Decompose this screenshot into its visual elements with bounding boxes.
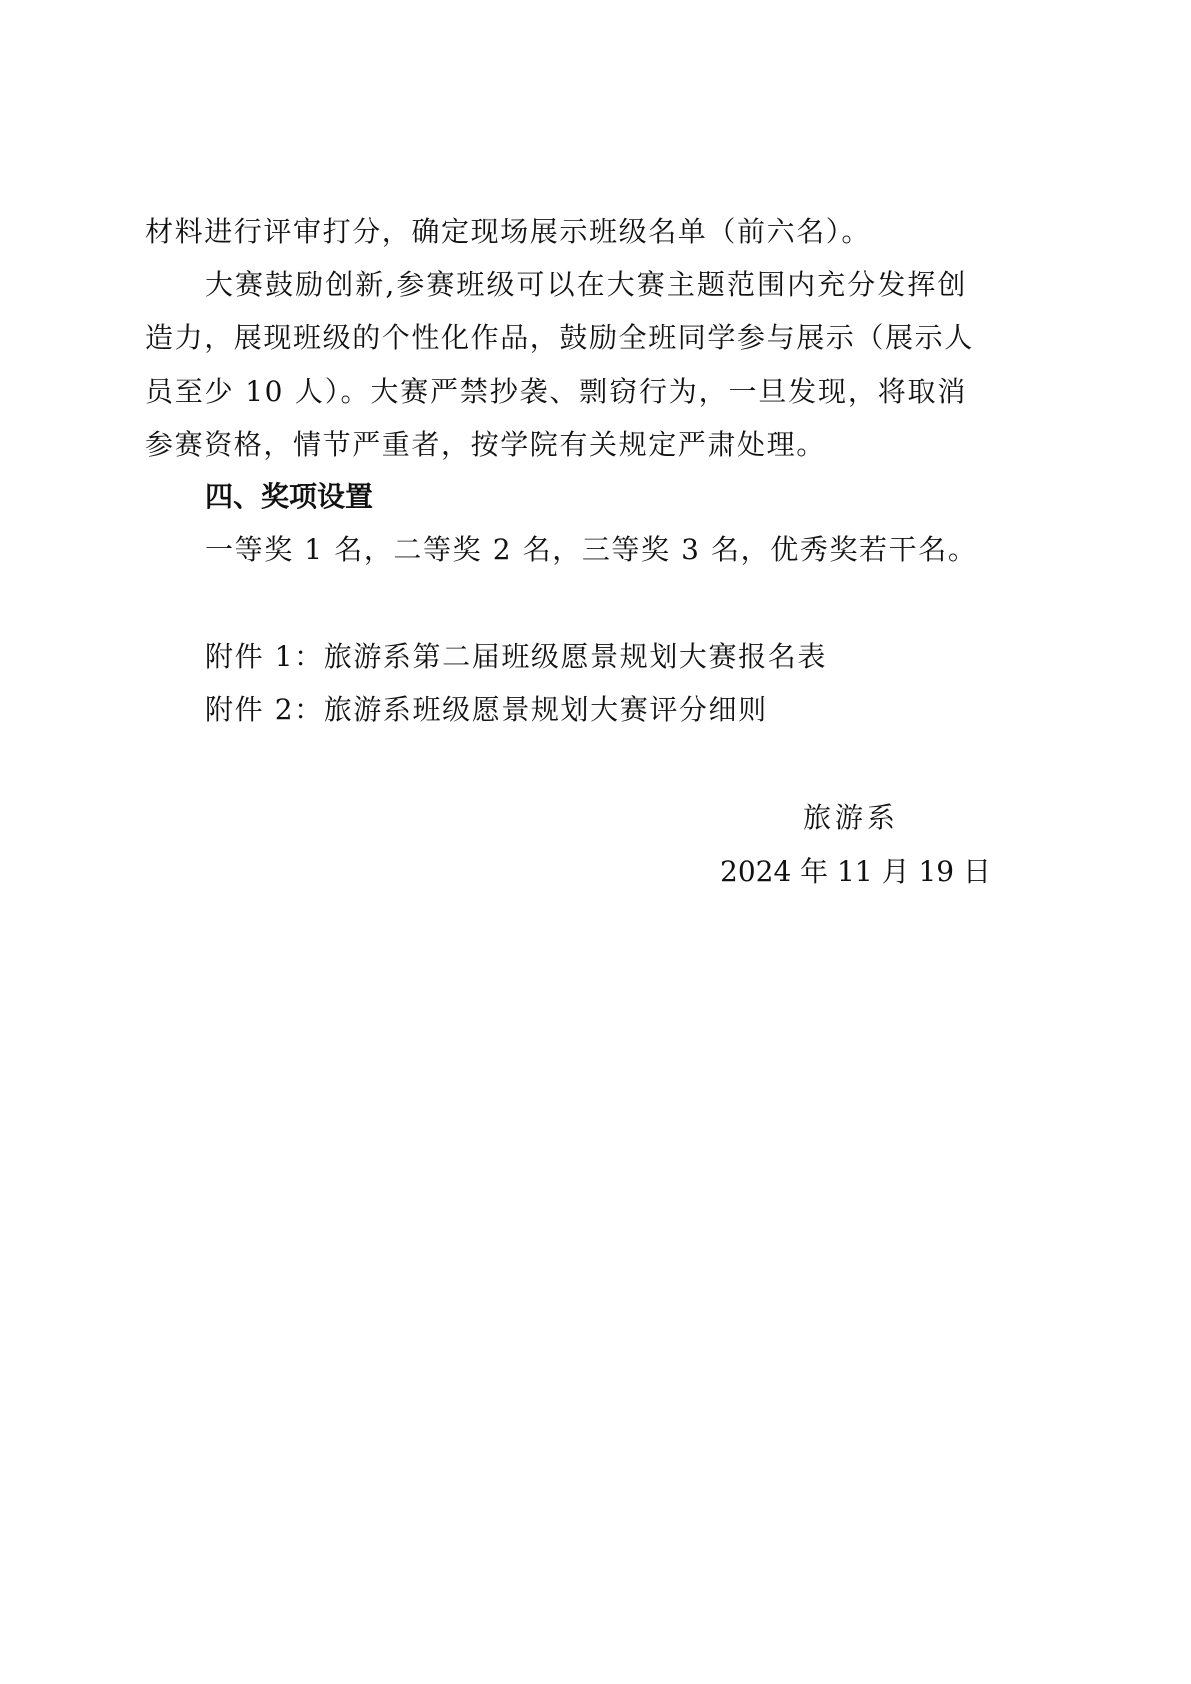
document-page: 材料进行评审打分，确定现场展示班级名单（前六名）。 大赛鼓励创新,参赛班级可以在… [0,0,1191,1684]
attachment-item: 附件 2：旅游系班级愿景规划大赛评分细则 [205,693,967,727]
signature-date: 2024 年 11 月 19 日 [720,855,991,889]
paragraph-line: 大赛鼓励创新,参赛班级可以在大赛主题范围内充分发挥创 [205,268,967,302]
paragraph-line: 材料进行评审打分，确定现场展示班级名单（前六名）。 [145,215,967,249]
paragraph-line: 员至少 10 人）。大赛严禁抄袭、剽窃行为，一旦发现，将取消 [145,375,967,409]
signature-department: 旅游系 [803,801,899,835]
section-heading: 四、奖项设置 [205,480,967,514]
attachment-item: 附件 1：旅游系第二届班级愿景规划大赛报名表 [205,640,967,674]
paragraph-line: 参赛资格，情节严重者，按学院有关规定严肃处理。 [145,428,967,462]
paragraph-line: 造力，展现班级的个性化作品，鼓励全班同学参与展示（展示人 [145,321,967,355]
awards-text: 一等奖 1 名，二等奖 2 名，三等奖 3 名，优秀奖若干名。 [205,533,967,567]
